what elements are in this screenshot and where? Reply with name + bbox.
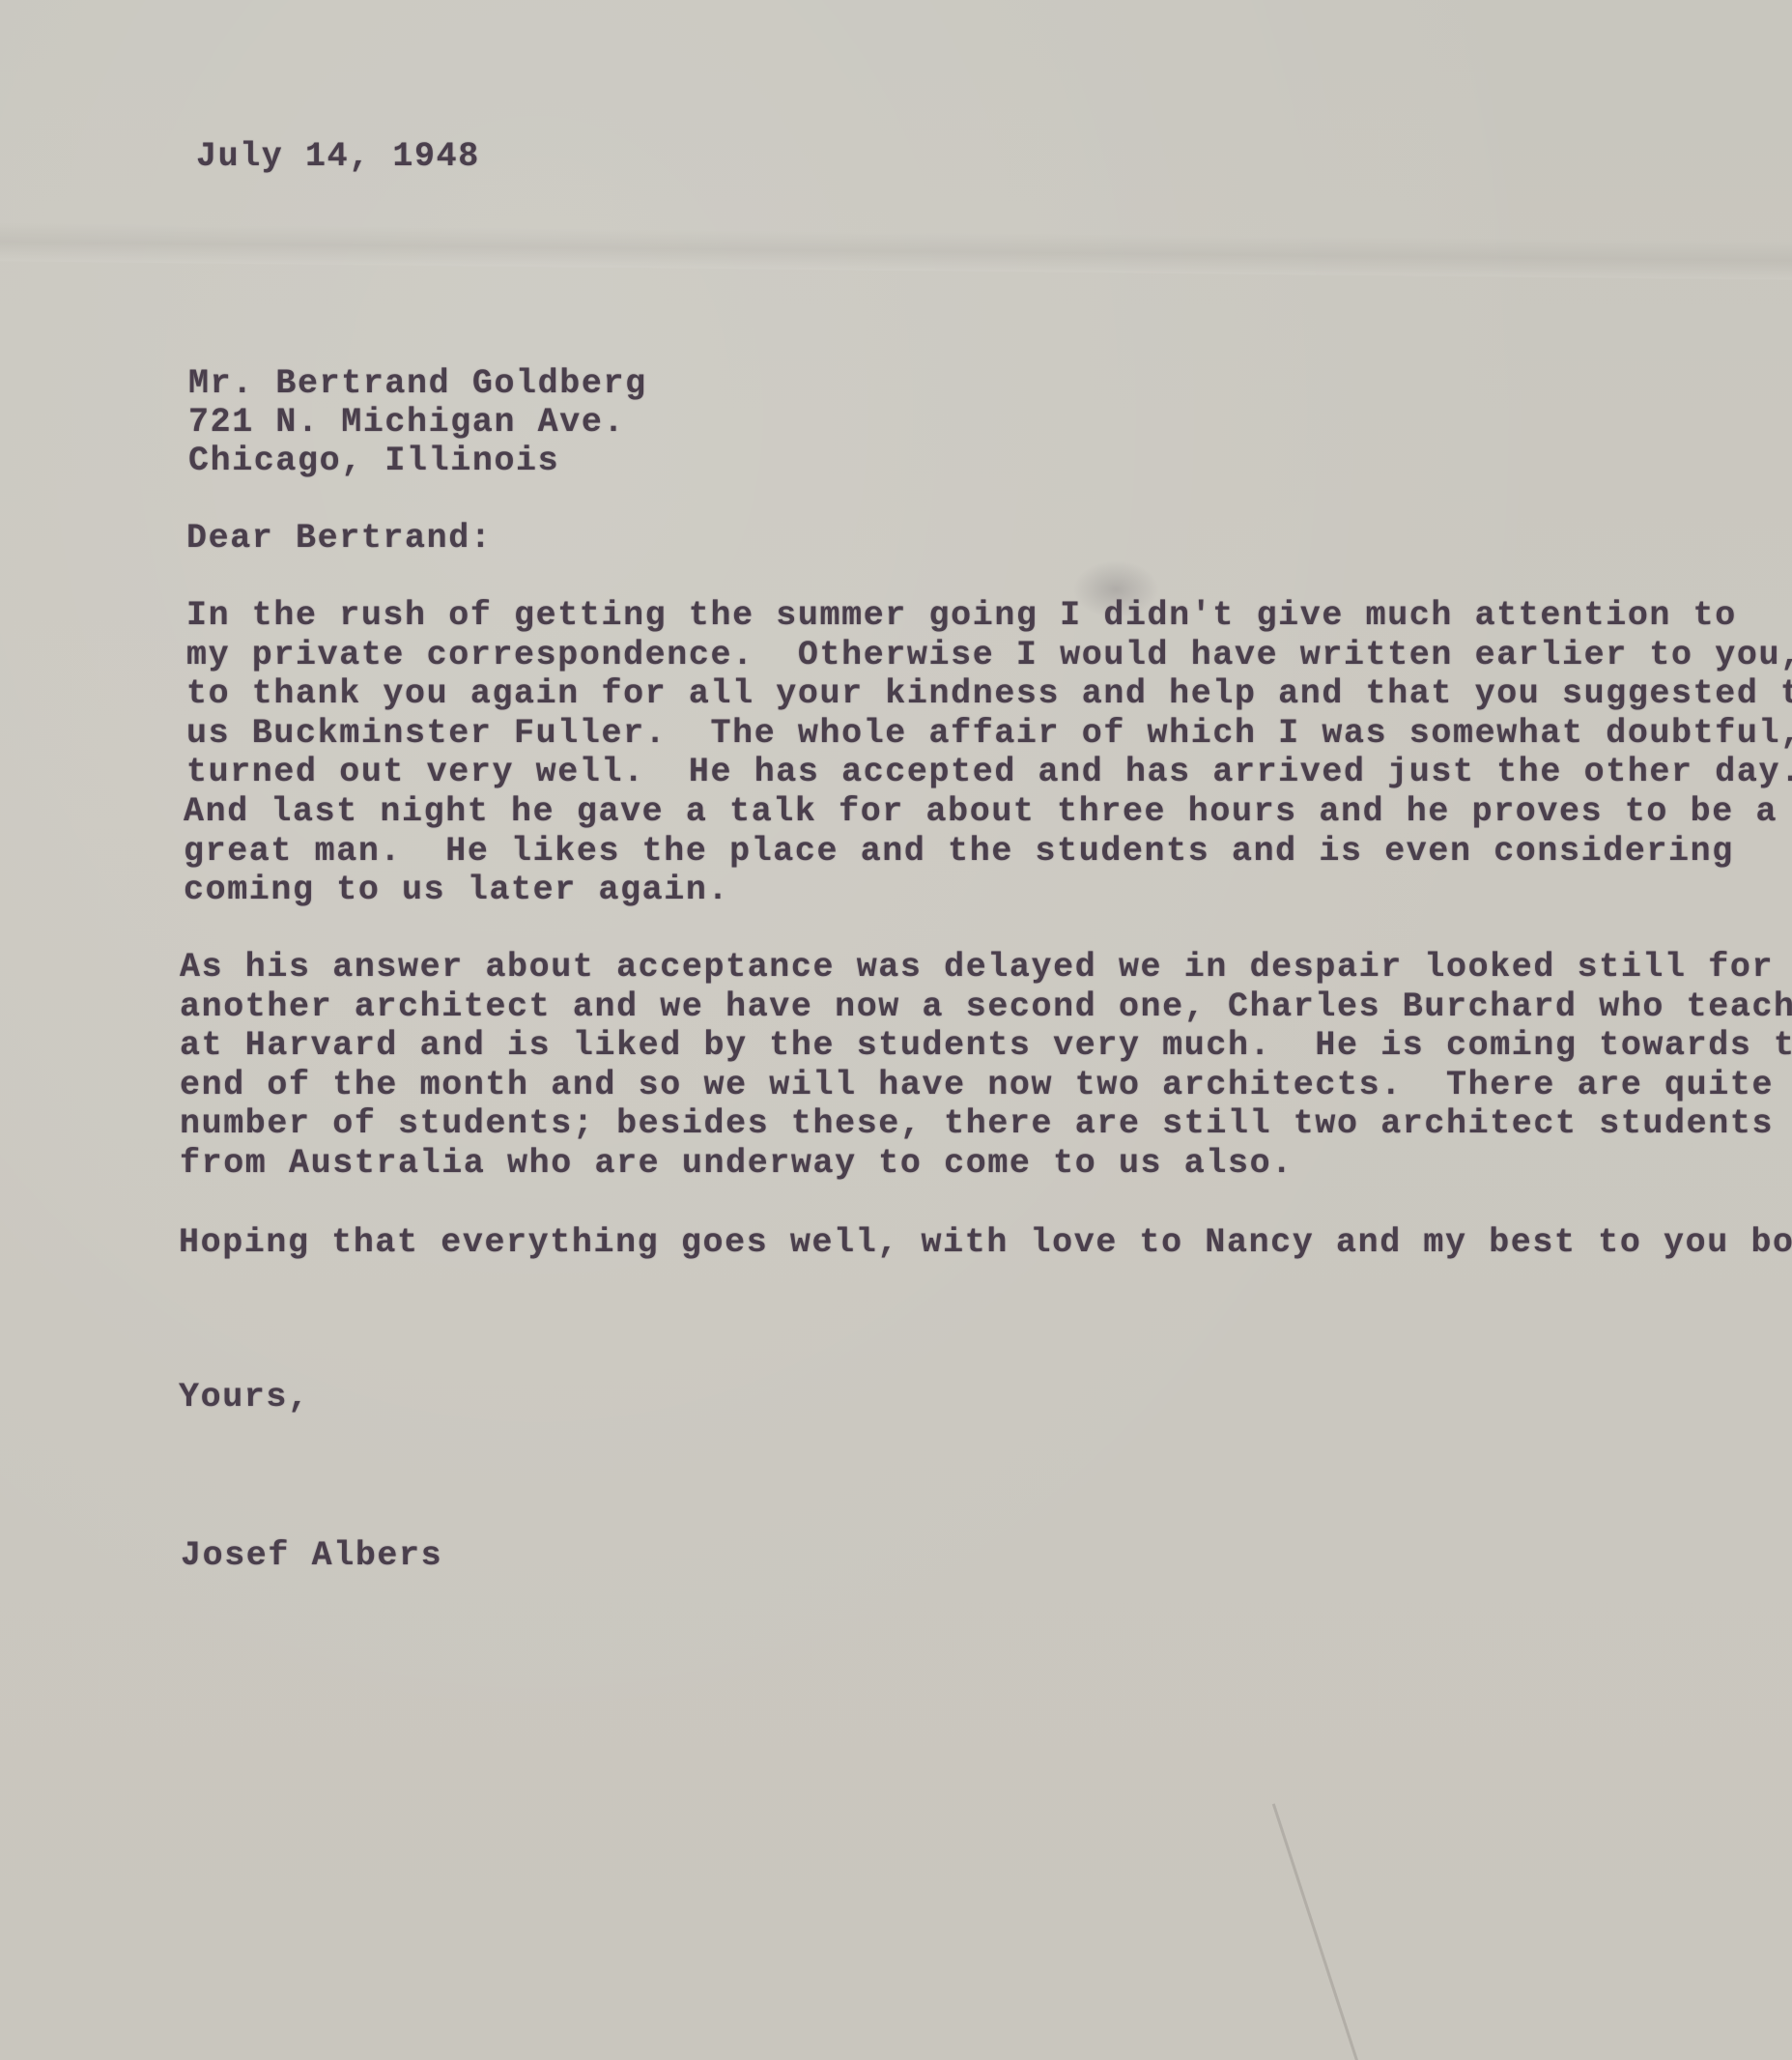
- letter-page: July 14, 1948 Mr. Bertrand Goldberg 721 …: [0, 0, 1792, 2060]
- paragraph-line: us Buckminster Fuller. The whole affair …: [186, 717, 1792, 751]
- paragraph-line: my private correspondence. Otherwise I w…: [186, 639, 1792, 672]
- paragraph-line: from Australia who are underway to come …: [180, 1147, 1294, 1181]
- paragraph-line: turned out very well. He has accepted an…: [186, 756, 1792, 789]
- complimentary-close: Yours,: [179, 1381, 310, 1415]
- recipient-city: Chicago, Illinois: [188, 444, 559, 478]
- recipient-street: 721 N. Michigan Ave.: [188, 406, 625, 440]
- paragraph-line: to thank you again for all your kindness…: [186, 677, 1792, 711]
- paragraph-line: As his answer about acceptance was delay…: [180, 951, 1774, 985]
- paragraph-line: great man. He likes the place and the st…: [184, 835, 1734, 869]
- paragraph-line: In the rush of getting the summer going …: [186, 599, 1737, 633]
- paragraph-line: coming to us later again.: [184, 873, 729, 907]
- paper-tear-line: [1272, 1803, 1358, 2060]
- paragraph-line: number of students; besides these, there…: [180, 1107, 1774, 1141]
- paper-crease: [0, 222, 1792, 279]
- paragraph-line: And last night he gave a talk for about …: [184, 795, 1778, 829]
- paragraph-line: end of the month and so we will have now…: [180, 1069, 1792, 1102]
- paragraph-line: at Harvard and is liked by the students …: [180, 1029, 1792, 1063]
- recipient-name: Mr. Bertrand Goldberg: [188, 367, 647, 401]
- salutation: Dear Bertrand:: [186, 522, 492, 556]
- signature: Josef Albers: [181, 1539, 442, 1573]
- paragraph-line: another architect and we have now a seco…: [180, 990, 1792, 1024]
- letter-date: July 14, 1948: [196, 140, 480, 174]
- closing-line: Hoping that everything goes well, with l…: [179, 1226, 1792, 1260]
